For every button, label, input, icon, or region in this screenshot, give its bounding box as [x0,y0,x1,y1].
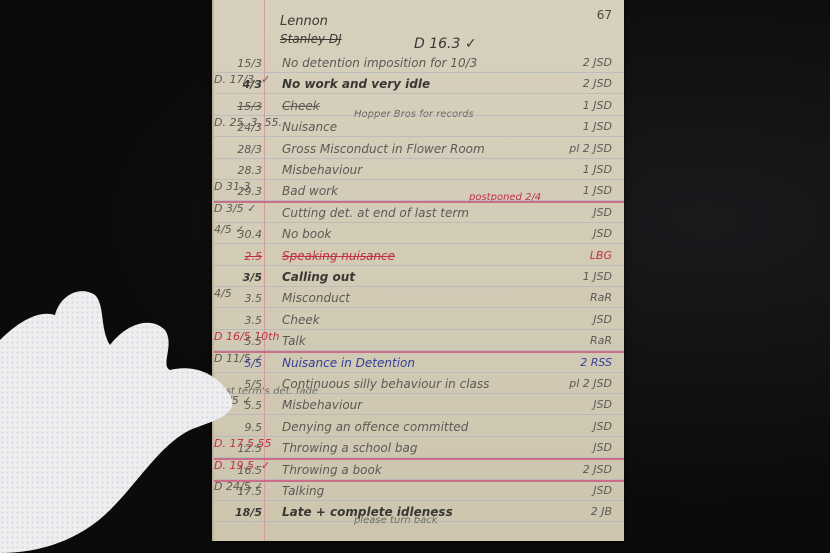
ruled-line [214,500,624,501]
entry-offence: Speaking nuisance [282,249,395,263]
entry-initials: 2 JSD [583,77,612,90]
student-name: Lennon [280,14,328,29]
entry-date: 15/3 [228,100,262,113]
entry-initials: 1 JSD [583,184,612,197]
ruled-line [214,307,624,308]
ruled-line [214,72,624,73]
entry-initials: 2 RSS [580,356,612,369]
register-page: 67 Lennon Stanley DJ D 16.3 ✓ 15/3No det… [212,0,624,541]
ruled-line [214,393,624,394]
entry-date: 15/3 [228,57,262,70]
entry-offence: Cheek [282,313,320,327]
entry-offence: No book [282,227,331,241]
entry-offence: Cheek [282,99,320,113]
ruled-line [214,286,624,287]
entry-initials: RaR [590,291,612,304]
entry-date: 29.3 [228,185,262,198]
red-divider-line [214,480,624,482]
ruled-line [214,115,624,116]
entry-initials: 1 JSD [583,163,612,176]
ruled-line [214,329,624,330]
entry-offence: Cutting det. at end of last term [282,206,469,220]
white-glove-hand [0,270,235,553]
entry-offence: Talking [282,484,324,498]
entry-offence: Misbehaviour [282,398,362,412]
entry-initials: JSD [593,398,612,411]
entry-date: 28/3 [228,143,262,156]
entry-date: 24/3 [228,121,262,134]
page-number: 67 [597,8,612,22]
ruled-line [214,436,624,437]
ruled-line [214,265,624,266]
ruled-line [214,179,624,180]
red-divider-line [214,201,624,203]
ruled-line [214,243,624,244]
entry-initials: LBG [590,249,612,262]
entry-offence: Misconduct [282,291,350,305]
ruled-line [214,93,624,94]
ruled-line [214,414,624,415]
entry-offence: Calling out [282,270,355,284]
entry-initials: 2 JSD [583,56,612,69]
entry-initials: 1 JSD [583,120,612,133]
entry-date: 28.3 [228,164,262,177]
entry-offence: Throwing a school bag [282,441,417,455]
entry-offence: Bad work [282,184,338,198]
entry-offence: Talk [282,334,306,348]
ruled-line [214,372,624,373]
entry-offence: Denying an offence committed [282,420,468,434]
entry-initials: JSD [593,420,612,433]
ruled-line [214,136,624,137]
ruled-line [214,158,624,159]
entry-offence: No work and very idle [282,77,430,91]
ruled-line [214,222,624,223]
entry-initials: pl 2 JSD [569,377,612,390]
entry-offence: Gross Misconduct in Flower Room [282,142,485,156]
entry-initials: 2 JSD [583,463,612,476]
ruled-line [214,521,624,522]
entry-date: 4/3 [228,78,262,91]
entry-initials: JSD [593,206,612,219]
red-divider-line [214,458,624,460]
entry-offence: No detention imposition for 10/3 [282,56,477,70]
entry-initials: JSD [593,441,612,454]
red-divider-line [214,351,624,353]
entry-initials: RaR [590,334,612,347]
entry-initials: JSD [593,227,612,240]
entry-date: 30.4 [228,228,262,241]
entry-offence: Nuisance [282,120,337,134]
entry-initials: 2 JB [591,505,612,518]
entry-offence: Nuisance in Detention [282,356,415,370]
entry-initials: JSD [593,313,612,326]
entry-offence: Misbehaviour [282,163,362,177]
top-detention-note: D 16.3 ✓ [414,36,477,52]
entry-offence: Throwing a book [282,463,382,477]
entry-initials: 1 JSD [583,99,612,112]
entry-date: 2.5 [228,250,262,263]
entry-initials: 1 JSD [583,270,612,283]
crossed-subtitle: Stanley DJ [280,32,342,46]
entry-detention: D 3/5 ✓ [214,202,256,215]
entry-initials: JSD [593,484,612,497]
entry-initials: pl 2 JSD [569,142,612,155]
